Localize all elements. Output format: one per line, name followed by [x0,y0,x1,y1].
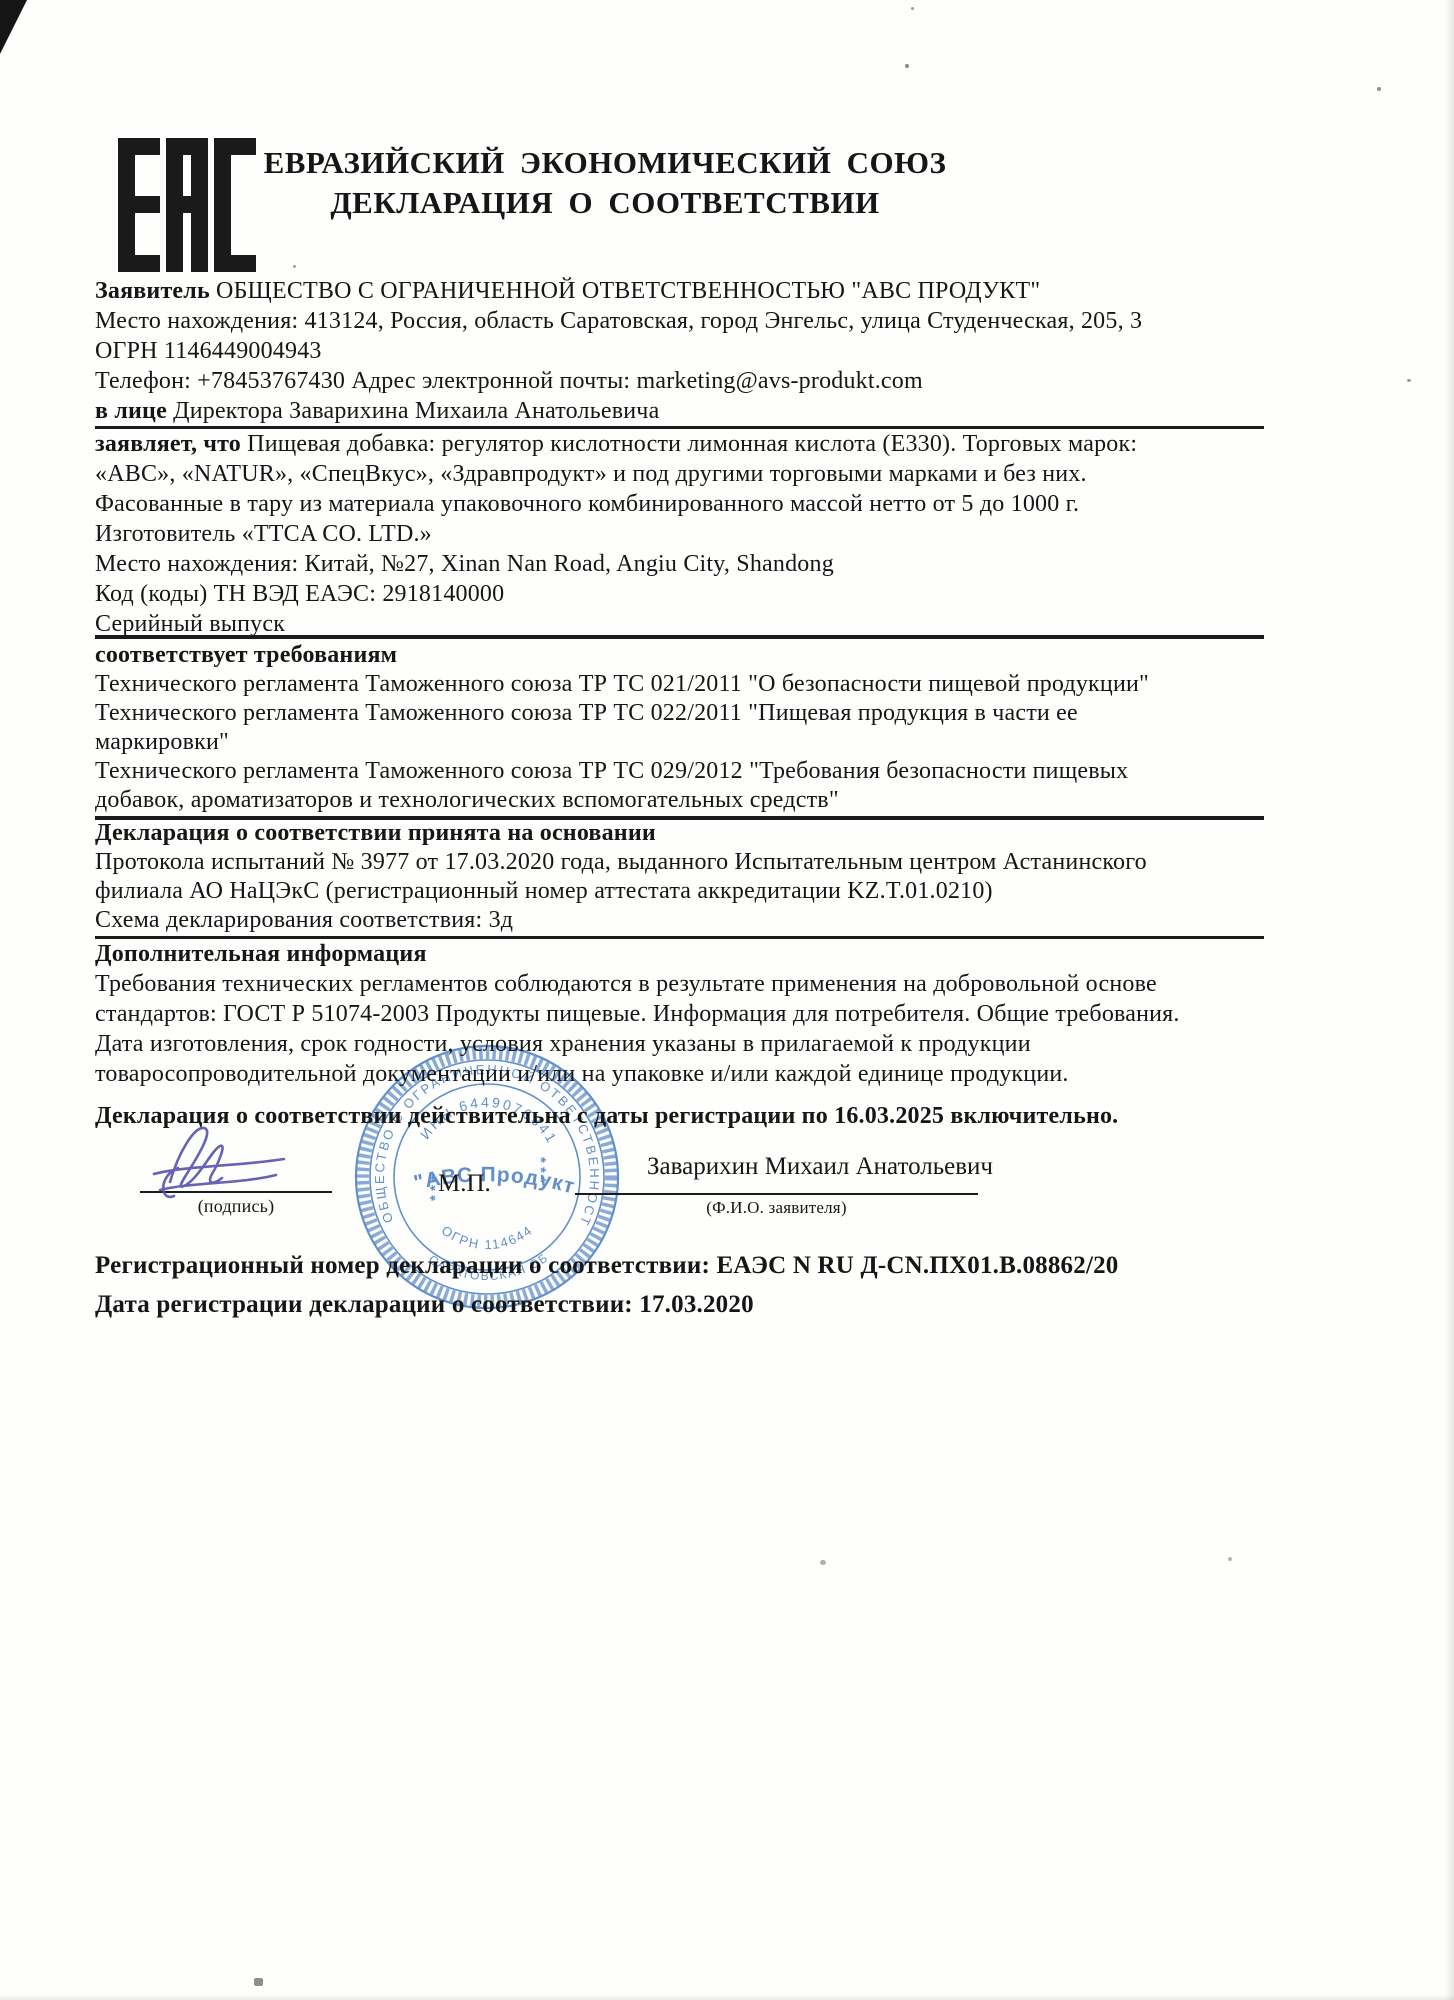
compliance-line-2: Технического регламента Таможенного союз… [95,699,1265,728]
applicant-address-line: Место нахождения: 413124, Россия, област… [95,306,1265,336]
fio-caption: (Ф.И.О. заявителя) [575,1198,978,1218]
basis-line-2: филиала АО НаЦЭкС (регистрационный номер… [95,877,1265,906]
compliance-header-text: соответствует требованиям [95,642,397,668]
stamp-place-label: М.П. [438,1170,491,1198]
product-line-2: «АВС», «NATUR», «СпецВкус», «Здравпродук… [95,459,1265,489]
applicant-name: ОБЩЕСТВО С ОГРАНИЧЕННОЙ ОТВЕТСТВЕННОСТЬЮ… [216,278,1040,304]
section-divider-2 [95,635,1264,639]
product-line-3: Фасованные в тару из материала упаковочн… [95,489,1265,519]
scan-speck [293,265,296,268]
basis-header: Декларация о соответствии принята на осн… [95,819,1265,848]
manufacturer-line: Изготовитель «TTCA CO. LTD.» [95,519,1265,549]
compliance-line-4: Технического регламента Таможенного союз… [95,757,1265,786]
scan-speck [1377,87,1381,91]
additional-info-section: Дополнительная информация Требования тех… [95,939,1265,1089]
additional-line-3: Дата изготовления, срок годности, услови… [95,1029,1265,1059]
declares-label: заявляет, что [95,431,241,457]
compliance-section: соответствует требованиям Технического р… [95,641,1265,815]
scan-speck [820,1560,826,1565]
registration-number-line: Регистрационный номер декларации о соотв… [95,1252,1265,1280]
additional-line-2: стандартов: ГОСТ Р 51074-2003 Продукты п… [95,999,1265,1029]
compliance-line-1: Технического регламента Таможенного союз… [95,670,1265,699]
handwritten-signature [148,1112,318,1207]
scan-corner-artifact [0,0,27,54]
additional-line-4: товаросопроводительной документации и/ил… [95,1059,1265,1089]
registration-date-value: 17.03.2020 [639,1291,754,1318]
declaration-document-page: ЕВРАЗИЙСКИЙ ЭКОНОМИЧЕСКИЙ СОЮЗ ДЕКЛАРАЦИ… [0,0,1454,2000]
applicant-name-line: Заявитель ОБЩЕСТВО С ОГРАНИЧЕННОЙ ОТВЕТС… [95,276,1265,306]
in-person-text: Директора Заварихина Михаила Анатольевич… [173,398,659,424]
manufacturer-address-line: Место нахождения: Китай, №27, Xinan Nan … [95,549,1265,579]
tnved-code-line: Код (коды) ТН ВЭД ЕАЭС: 2918140000 [95,579,1265,609]
additional-header-text: Дополнительная информация [95,941,427,967]
document-title: ЕВРАЗИЙСКИЙ ЭКОНОМИЧЕСКИЙ СОЮЗ ДЕКЛАРАЦИ… [95,143,1115,223]
applicant-person-line: в лице Директора Заварихина Михаила Анат… [95,396,1265,426]
registration-number-label: Регистрационный номер декларации о соотв… [95,1252,710,1279]
applicant-contacts-line: Телефон: +78453767430 Адрес электронной … [95,366,1265,396]
product-line-1: заявляет, что Пищевая добавка: регулятор… [95,429,1265,459]
basis-section: Декларация о соответствии принята на осн… [95,819,1265,935]
scan-speck [911,7,914,10]
in-person-label: в лице [95,398,167,424]
applicant-label: Заявитель [95,278,210,304]
compliance-line-3: маркировки" [95,728,1265,757]
registration-date-line: Дата регистрации декларации о соответств… [95,1291,1265,1319]
scan-speck [905,64,909,68]
scan-speck [1228,1557,1232,1561]
registration-date-label: Дата регистрации декларации о соответств… [95,1291,633,1318]
basis-line-1: Протокола испытаний № 3977 от 17.03.2020… [95,848,1265,877]
stamp-stars-right: * * * [532,1157,549,1183]
applicant-ogrn-line: ОГРН 1146449004943 [95,336,1265,366]
additional-header: Дополнительная информация [95,939,1265,969]
compliance-line-5: добавок, ароматизаторов и технологически… [95,786,1265,815]
scan-speck [254,1978,263,1986]
scan-speck [1407,379,1411,382]
applicant-section: Заявитель ОБЩЕСТВО С ОГРАНИЧЕННОЙ ОТВЕТС… [95,276,1265,426]
additional-line-1: Требования технических регламентов соблю… [95,969,1265,999]
compliance-header: соответствует требованиям [95,641,1265,670]
title-union: ЕВРАЗИЙСКИЙ ЭКОНОМИЧЕСКИЙ СОЮЗ [95,143,1115,183]
applicant-fio-name: Заварихин Михаил Анатольевич [620,1153,1020,1181]
title-declaration: ДЕКЛАРАЦИЯ О СООТВЕТСТВИИ [95,183,1115,223]
registration-number-value: ЕАЭС N RU Д-CN.ПХ01.В.08862/20 [716,1252,1118,1279]
basis-header-text: Декларация о соответствии принята на осн… [95,820,656,846]
product-description: Пищевая добавка: регулятор кислотности л… [247,431,1137,457]
basis-line-3: Схема декларирования соответствия: 3д [95,906,1265,935]
product-section: заявляет, что Пищевая добавка: регулятор… [95,429,1265,639]
fio-line [575,1193,978,1195]
